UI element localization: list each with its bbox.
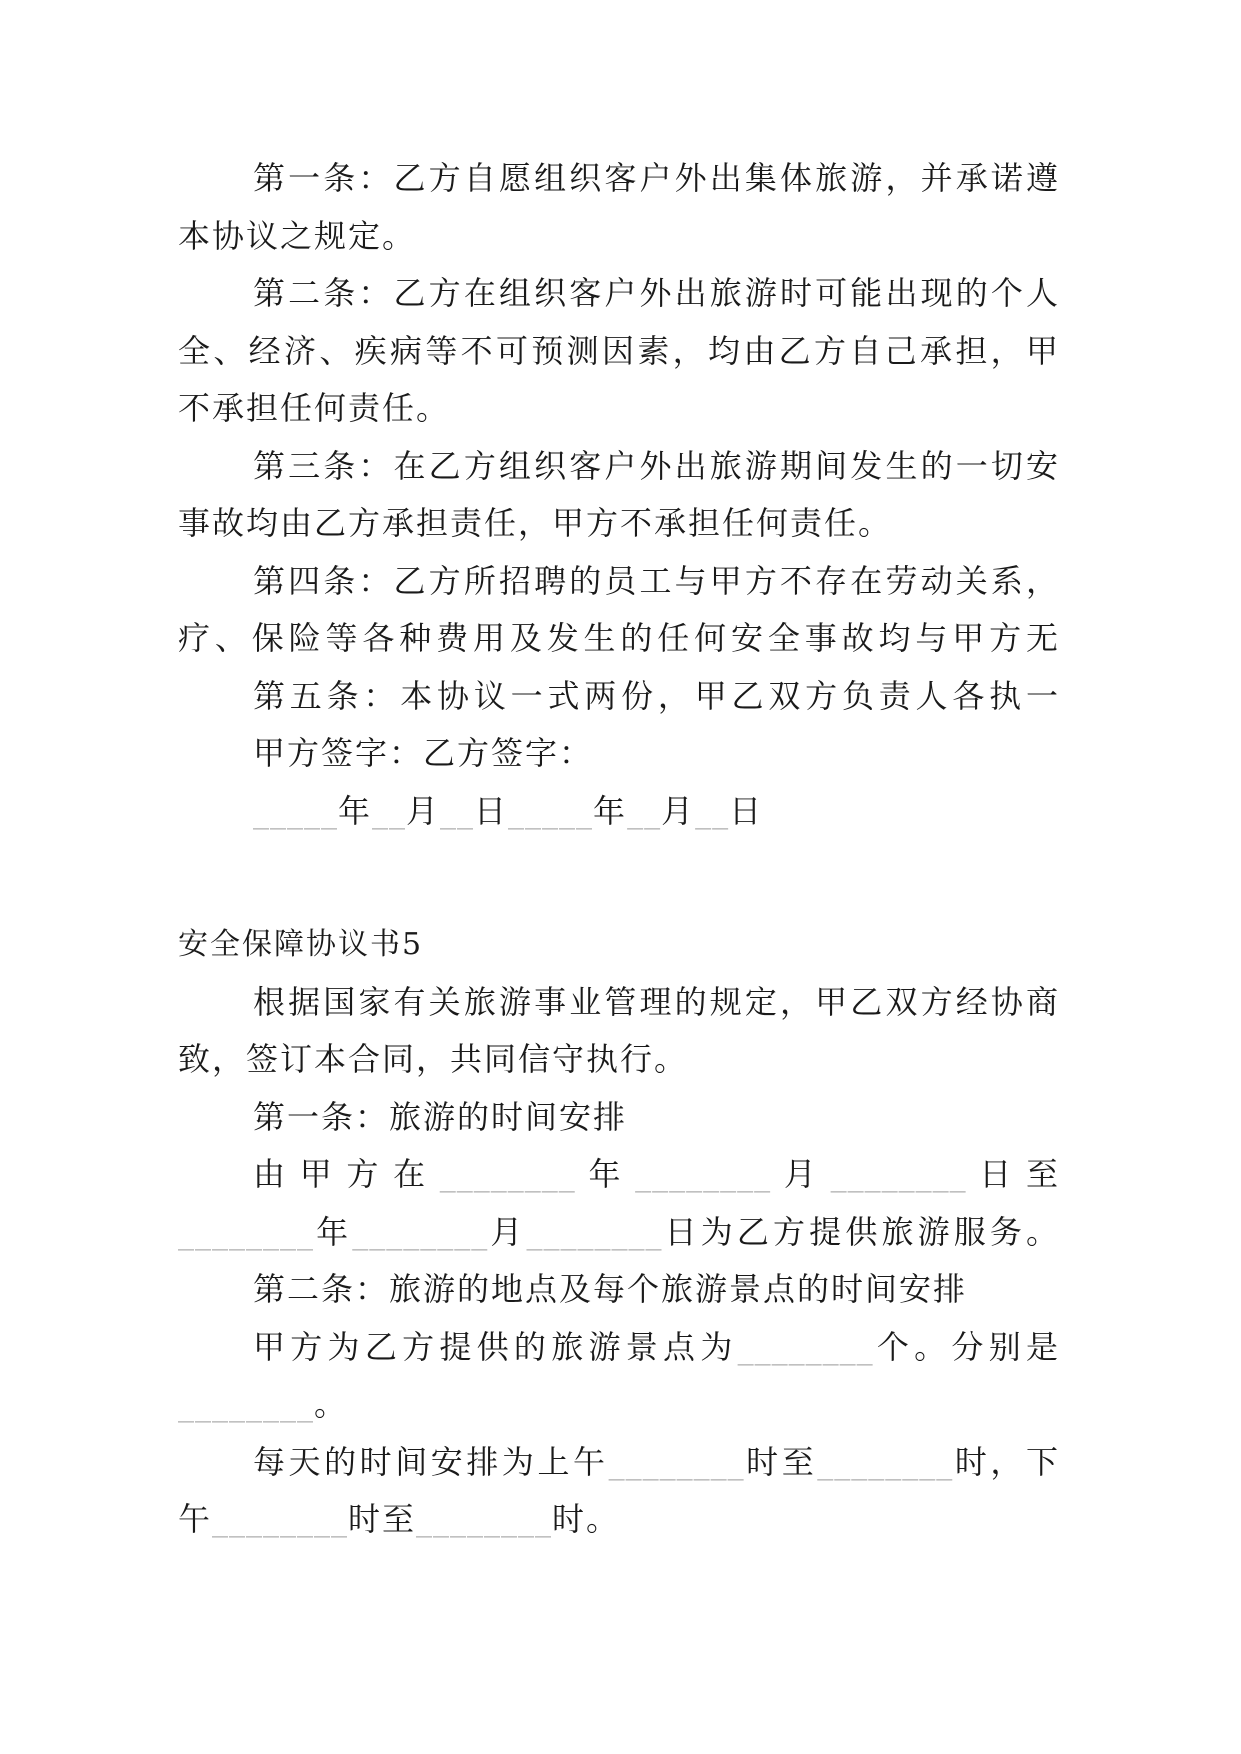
blank-form-line: ________。 xyxy=(178,1376,1060,1434)
text-run: 本协议之规定。 xyxy=(178,217,416,255)
text-run: 不承担任何责任。 xyxy=(178,389,450,427)
text-run: 年 xyxy=(338,792,372,830)
clause-line: 全、经济、疾病等不可预测因素，均由乙方自己承担，甲方 xyxy=(178,323,1060,381)
clause-line: 第二条：乙方在组织客户外出旅游时可能出现的个人安 xyxy=(178,265,1060,323)
clause-line: 第五条：本协议一式两份，甲乙双方负责人各执一份。 xyxy=(178,668,1060,726)
clause-line: 致，签订本合同，共同信守执行。 xyxy=(178,1031,1060,1089)
clause-line: 第四条：乙方所招聘的员工与甲方不存在劳动关系，医 xyxy=(178,553,1060,611)
text-run: 日 xyxy=(474,792,508,830)
text-run: 日为乙方提供旅游服务。 xyxy=(663,1213,1060,1251)
blank-underline: __ xyxy=(627,792,661,830)
document-body: 第一条：乙方自愿组织客户外出集体旅游，并承诺遵守本协议之规定。第二条：乙方在组织… xyxy=(178,150,1060,1549)
clause-line: 疗、保险等各种费用及发生的任何安全事故均与甲方无关。 xyxy=(178,610,1060,668)
blank-underline: __ xyxy=(695,792,729,830)
text-run: 月 xyxy=(771,1155,830,1193)
text-run: 安全保障协议书5 xyxy=(178,927,423,962)
clause-line: 第一条：乙方自愿组织客户外出集体旅游，并承诺遵守 xyxy=(178,150,1060,208)
text-run: 时至 xyxy=(745,1443,818,1481)
text-run: 第一条：乙方自愿组织客户外出集体旅游，并承诺遵守 xyxy=(253,159,1060,208)
text-run: 时至 xyxy=(348,1500,416,1538)
text-run: 日 xyxy=(729,792,763,830)
signature-line: 甲方签字：乙方签字： xyxy=(178,725,1060,783)
clause-line: 第一条：旅游的时间安排 xyxy=(178,1089,1060,1147)
text-run: 年 xyxy=(593,792,627,830)
blank-underline: ________ xyxy=(212,1500,348,1538)
text-run: 根据国家有关旅游事业管理的规定，甲乙双方经协商一 xyxy=(253,983,1060,1032)
text-run: 第二条：乙方在组织客户外出旅游时可能出现的个人安 xyxy=(253,274,1060,323)
text-run: 全、经济、疾病等不可预测因素，均由乙方自己承担，甲方 xyxy=(178,332,1060,381)
date-blank-line: _____年__月__日_____年__月__日 xyxy=(178,783,1060,841)
clause-line: 事故均由乙方承担责任，甲方不承担任何责任。 xyxy=(178,495,1060,553)
text-run: 疗、保险等各种费用及发生的任何安全事故均与甲方无关。 xyxy=(178,619,1060,668)
blank-underline: ________ xyxy=(831,1155,967,1193)
clause-line: 不承担任何责任。 xyxy=(178,380,1060,438)
text-run: 每天的时间安排为上午 xyxy=(253,1443,609,1481)
clause-line: 第二条：旅游的地点及每个旅游景点的时间安排 xyxy=(178,1261,1060,1319)
text-run: 第四条：乙方所招聘的员工与甲方不存在劳动关系，医 xyxy=(253,562,1060,611)
text-run: 。 xyxy=(314,1385,348,1423)
text-run: 时。 xyxy=(552,1500,620,1538)
text-run: 事故均由乙方承担责任，甲方不承担任何责任。 xyxy=(178,504,892,542)
text-run: 甲方签字：乙方签字： xyxy=(253,734,593,772)
blank-underline: _____ xyxy=(253,792,338,830)
text-run: 月 xyxy=(661,792,695,830)
text-run: 致，签订本合同，共同信守执行。 xyxy=(178,1040,688,1078)
blank-form-line: 甲方为乙方提供的旅游景点为________个。分别是 xyxy=(178,1319,1060,1377)
blank-underline: ________ xyxy=(178,1213,314,1251)
blank-underline: __ xyxy=(440,792,474,830)
text-run: 甲方为乙方提供的旅游景点为 xyxy=(253,1328,738,1366)
blank-form-line: 午________时至________时。 xyxy=(178,1491,1060,1549)
blank-underline: ________ xyxy=(635,1155,771,1193)
text-run: 日至 xyxy=(967,1155,1060,1193)
text-run: 年 xyxy=(314,1213,352,1251)
blank-underline: ________ xyxy=(817,1443,953,1481)
clause-line: 根据国家有关旅游事业管理的规定，甲乙双方经协商一 xyxy=(178,974,1060,1032)
text-run: 第一条：旅游的时间安排 xyxy=(253,1098,627,1136)
blank-underline: ________ xyxy=(178,1385,314,1423)
blank-underline: __ xyxy=(372,792,406,830)
text-run: 月 xyxy=(406,792,440,830)
text-run: 第五条：本协议一式两份，甲乙双方负责人各执一份。 xyxy=(253,677,1060,726)
blank-underline: ________ xyxy=(738,1328,874,1366)
blank-form-line: 每天的时间安排为上午________时至________时，下 xyxy=(178,1434,1060,1492)
clause-line: 第三条：在乙方组织客户外出旅游期间发生的一切安全 xyxy=(178,438,1060,496)
text-run: 个。分别是 xyxy=(874,1328,1060,1366)
blank-form-line: 由甲方在________年________月________日至 xyxy=(178,1146,1060,1204)
text-run: 第三条：在乙方组织客户外出旅游期间发生的一切安全 xyxy=(253,447,1060,496)
document-page: 第一条：乙方自愿组织客户外出集体旅游，并承诺遵守本协议之规定。第二条：乙方在组织… xyxy=(0,0,1241,1754)
blank-underline: ________ xyxy=(416,1500,552,1538)
text-run: 由甲方在 xyxy=(253,1155,440,1193)
text-run: 时，下 xyxy=(953,1443,1060,1481)
blank-underline: ________ xyxy=(609,1443,745,1481)
text-run: 月 xyxy=(488,1213,526,1251)
clause-line: 本协议之规定。 xyxy=(178,208,1060,266)
text-run: 午 xyxy=(178,1500,212,1538)
blank-form-line: ________年________月________日为乙方提供旅游服务。 xyxy=(178,1204,1060,1262)
blank-underline: ________ xyxy=(352,1213,488,1251)
blank-underline: ________ xyxy=(527,1213,663,1251)
section-heading: 安全保障协议书5 xyxy=(178,916,1060,974)
blank-underline: ________ xyxy=(440,1155,576,1193)
blank-underline: _____ xyxy=(508,792,593,830)
text-run: 第二条：旅游的地点及每个旅游景点的时间安排 xyxy=(253,1270,967,1308)
text-run: 年 xyxy=(576,1155,635,1193)
